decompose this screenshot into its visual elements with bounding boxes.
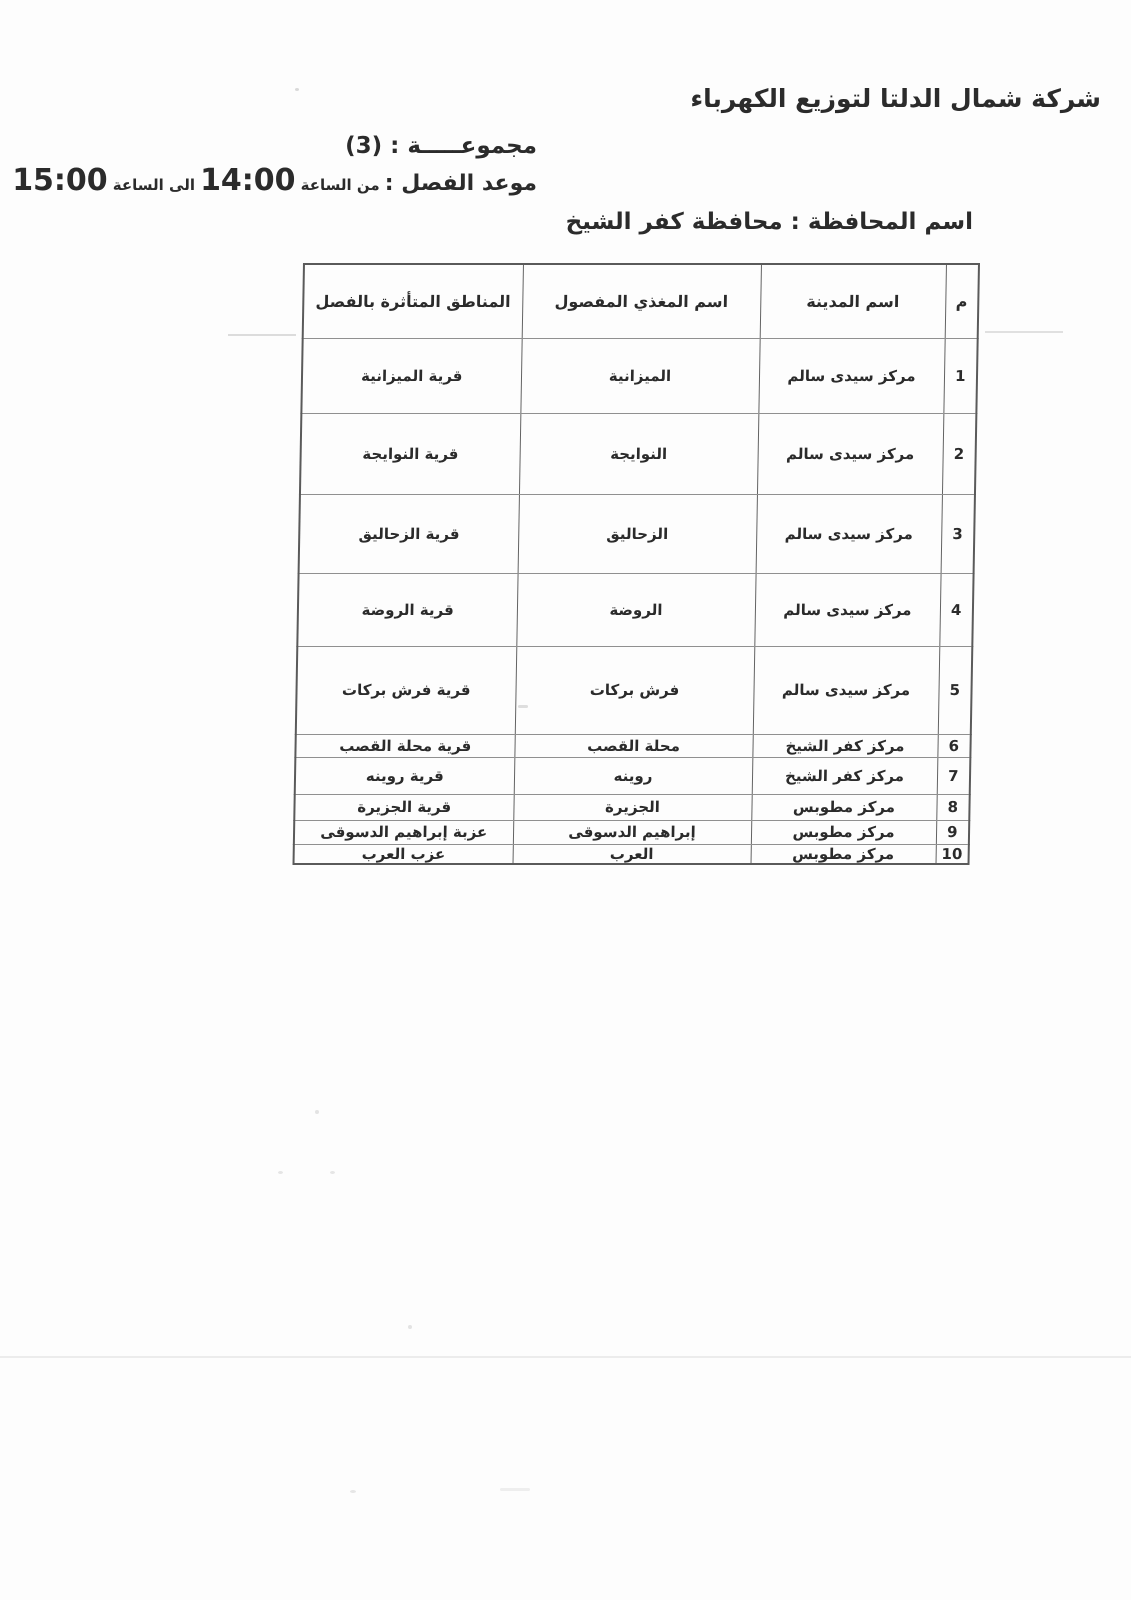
scan-artifact-speck <box>295 88 299 91</box>
row-number-cell: 2 <box>942 413 976 494</box>
table-row: 9 مركز مطوبس إبراهيم الدسوقى عزبة إبراهي… <box>294 820 969 844</box>
schedule-from-time: 14:00 <box>200 163 296 198</box>
city-cell: مركز سيدى سالم <box>758 338 944 413</box>
affected-areas-cell: قرية الروضة <box>297 573 517 646</box>
affected-areas-cell: عزبة إبراهيم الدسوقى <box>294 820 513 844</box>
table-header-row: م اسم المدينة اسم المغذي المفصول المناطق… <box>303 264 979 338</box>
city-cell: مركز مطوبس <box>751 820 936 844</box>
column-header-number: م <box>945 264 979 338</box>
feeder-cell: الجزيرة <box>513 794 751 820</box>
schedule-from-word: من الساعة <box>301 176 380 194</box>
outage-schedule-table: م اسم المدينة اسم المغذي المفصول المناطق… <box>293 263 980 865</box>
row-number-cell: 8 <box>936 794 969 820</box>
feeder-cell: العرب <box>513 844 751 864</box>
row-number-cell: 9 <box>936 820 969 844</box>
scan-artifact-streak <box>0 1356 1131 1358</box>
table-row: 10 مركز مطوبس العرب عزب العرب <box>294 844 969 864</box>
city-cell: مركز سيدى سالم <box>753 646 940 734</box>
schedule-to-word: الى الساعة <box>113 176 195 194</box>
row-number-cell: 4 <box>939 573 973 646</box>
table-row: 7 مركز كفر الشيخ روينه قرية روينه <box>295 757 971 794</box>
affected-areas-cell: قرية الزحاليق <box>299 494 519 573</box>
row-number-cell: 1 <box>943 338 977 413</box>
scan-artifact-speck <box>408 1325 412 1329</box>
feeder-cell: الميزانية <box>520 338 759 413</box>
schedule-to-time: 15:00 <box>12 163 108 198</box>
feeder-cell: إبراهيم الدسوقى <box>513 820 751 844</box>
scan-artifact-dash <box>985 331 1063 333</box>
scan-artifact-speck <box>330 1171 335 1174</box>
table-row: 1 مركز سيدى سالم الميزانية قرية الميزاني… <box>301 338 977 413</box>
city-cell: مركز سيدى سالم <box>756 494 942 573</box>
affected-areas-cell: قرية النوايجة <box>300 413 520 494</box>
table-row: 6 مركز كفر الشيخ محلة القصب قرية محلة ال… <box>295 734 970 757</box>
scanned-document-page: شركة شمال الدلتا لتوزيع الكهرباء مجموعــ… <box>0 0 1131 1600</box>
group-number-line: مجموعـــــة : (3) <box>345 133 537 159</box>
company-title: شركة شمال الدلتا لتوزيع الكهرباء <box>690 84 1101 113</box>
table-row: 8 مركز مطوبس الجزيرة قرية الجزيرة <box>294 794 969 820</box>
city-cell: مركز مطوبس <box>751 844 936 864</box>
column-header-city: اسم المدينة <box>760 264 946 338</box>
feeder-cell: النوايجة <box>519 413 758 494</box>
city-cell: مركز كفر الشيخ <box>752 757 938 794</box>
scan-artifact-speck <box>350 1490 356 1493</box>
row-number-cell: 3 <box>941 494 975 573</box>
city-cell: مركز كفر الشيخ <box>752 734 937 757</box>
scan-artifact-speck <box>278 1171 283 1174</box>
feeder-cell: روينه <box>514 757 753 794</box>
affected-areas-cell: قرية الجزيرة <box>294 794 513 820</box>
city-cell: مركز مطوبس <box>751 794 936 820</box>
affected-areas-cell: عزب العرب <box>294 844 513 864</box>
column-header-affected-areas: المناطق المتأثرة بالفصل <box>303 264 523 338</box>
feeder-cell: الزحاليق <box>518 494 757 573</box>
column-header-feeder: اسم المغذي المفصول <box>522 264 761 338</box>
affected-areas-cell: قرية محلة القصب <box>295 734 514 757</box>
row-number-cell: 7 <box>937 757 971 794</box>
row-number-cell: 6 <box>937 734 970 757</box>
schedule-label: موعد الفصل : <box>385 171 537 196</box>
scan-artifact-speck <box>500 1488 530 1491</box>
feeder-cell: الروضة <box>516 573 755 646</box>
affected-areas-cell: قرية الميزانية <box>301 338 521 413</box>
city-cell: مركز سيدى سالم <box>757 413 943 494</box>
affected-areas-cell: قرية فرش بركات <box>296 646 517 734</box>
outage-schedule-line: موعد الفصل : من الساعة 14:00 الى الساعة … <box>12 163 537 198</box>
table-row: 5 مركز سيدى سالم فرش بركات قرية فرش بركا… <box>296 646 973 734</box>
row-number-cell: 10 <box>936 844 969 864</box>
table-row: 3 مركز سيدى سالم الزحاليق قرية الزحاليق <box>299 494 975 573</box>
feeder-cell: فرش بركات <box>515 646 755 734</box>
scan-artifact-dash <box>228 334 296 336</box>
row-number-cell: 5 <box>938 646 973 734</box>
governorate-name-line: اسم المحافظة : محافظة كفر الشيخ <box>566 209 973 235</box>
scan-artifact-speck <box>315 1110 319 1114</box>
city-cell: مركز سيدى سالم <box>754 573 940 646</box>
table-row: 4 مركز سيدى سالم الروضة قرية الروضة <box>297 573 973 646</box>
affected-areas-cell: قرية روينه <box>295 757 515 794</box>
feeder-cell: محلة القصب <box>514 734 752 757</box>
table-row: 2 مركز سيدى سالم النوايجة قرية النوايجة <box>300 413 976 494</box>
